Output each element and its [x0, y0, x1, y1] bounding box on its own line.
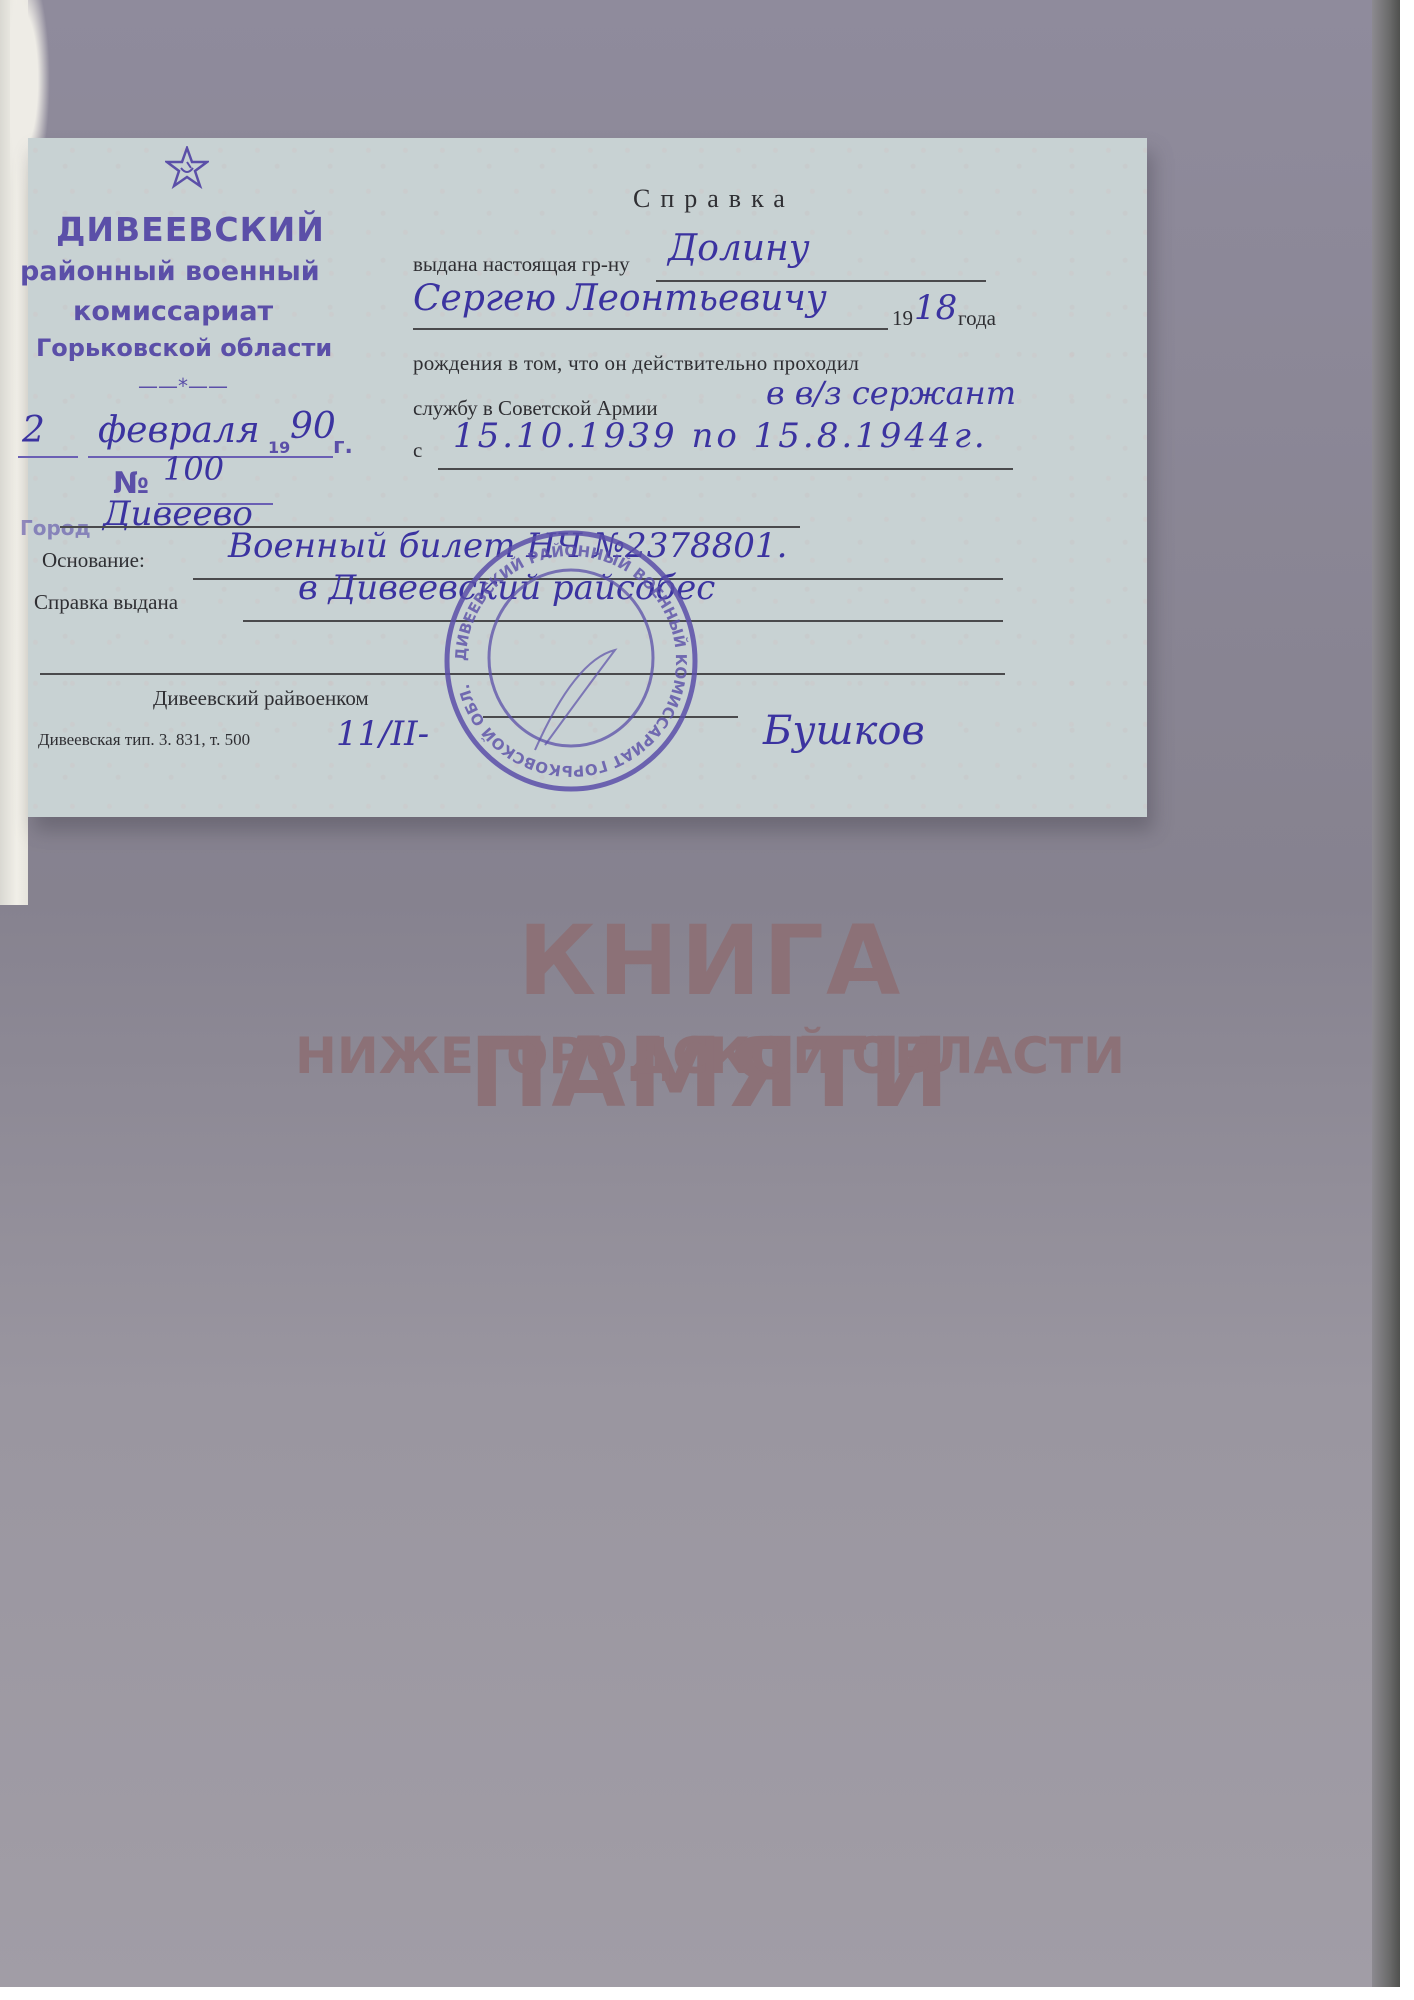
- issue-day: 2: [22, 410, 45, 451]
- body-line-5-label: с: [413, 438, 422, 463]
- date-year-line: [268, 456, 333, 458]
- issue-year: 90: [290, 406, 336, 447]
- printer-imprint: Дивеевская тип. 3. 831, т. 500: [38, 730, 250, 750]
- printer-hand-note: 11/II-: [336, 714, 429, 754]
- stamp-line-2: районный военный: [20, 256, 320, 287]
- issued-to-label: Справка выдана: [34, 590, 178, 615]
- stamp-district-name: ДИВЕЕВСКИЙ: [56, 210, 325, 249]
- signatory-label: Дивеевский райвоенком: [153, 686, 369, 711]
- body-line-1-label: выдана настоящая гр-ну: [413, 252, 630, 277]
- body-line-3: рождения в том, что он действительно про…: [413, 351, 859, 376]
- basis-label: Основание:: [42, 548, 145, 573]
- recipient-given-names: Сергею Леонтьевичу: [413, 278, 827, 319]
- issue-month: февраля: [98, 410, 260, 451]
- year-suffix: г.: [333, 434, 353, 459]
- city-label: Город: [20, 516, 91, 540]
- document-title: Справка: [633, 184, 795, 214]
- birth-year-digits: 18: [914, 288, 957, 328]
- stamp-line-4: Горьковской области: [36, 334, 332, 362]
- birth-year-tail: года: [958, 306, 996, 331]
- date-day-line: [18, 456, 78, 458]
- scanner-edge-shadow: [1372, 0, 1400, 1987]
- rank-handwritten: в в/з сержант: [766, 374, 1016, 412]
- document-number: 100: [163, 450, 224, 488]
- service-period-line: [438, 468, 1013, 470]
- soviet-star-icon: [165, 146, 209, 190]
- signature: Бушков: [763, 708, 925, 754]
- service-period: 15.10.1939 по 15.8.1944г.: [453, 416, 988, 456]
- watermark-subtitle: НИЖЕГОРОДСКОЙ ОБЛАСТИ: [265, 1027, 1155, 1085]
- watermark-title: КНИГА ПАМЯТИ: [265, 905, 1155, 1129]
- recipient-surname: Долину: [668, 228, 810, 269]
- year-prefix: 19: [268, 438, 290, 457]
- round-seal: ДИВЕЕВСКИЙ РАЙОННЫЙ ВОЕННЫЙ КОМИССАРИАТ …: [440, 530, 702, 792]
- birth-year-prefix: 19: [892, 306, 913, 331]
- stamp-line-3: комиссариат: [73, 296, 273, 327]
- given-names-line: [413, 328, 888, 330]
- stamp-ornament: ——*——: [138, 374, 228, 398]
